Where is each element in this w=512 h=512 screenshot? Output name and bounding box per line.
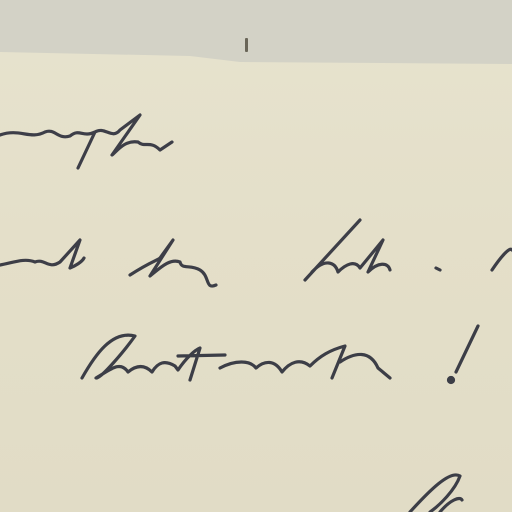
- handwriting-strokes: [0, 0, 512, 512]
